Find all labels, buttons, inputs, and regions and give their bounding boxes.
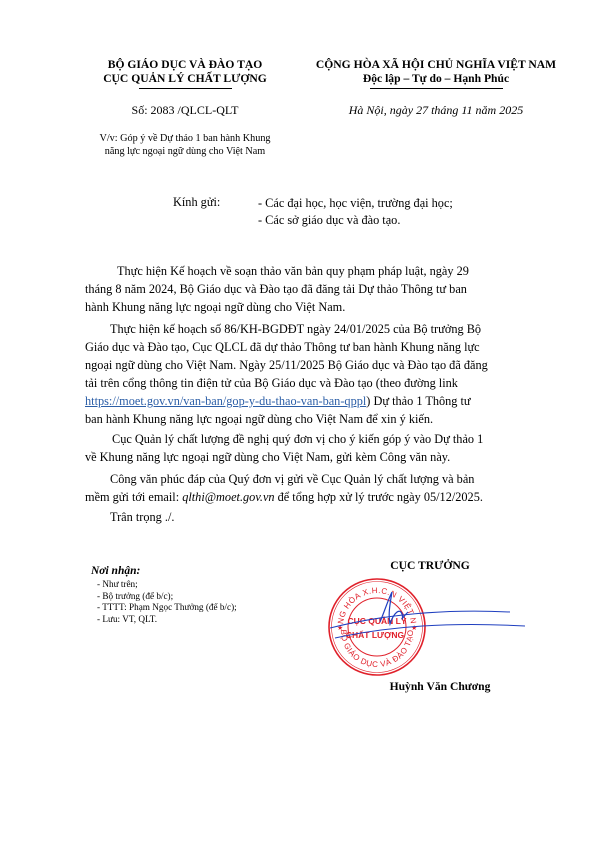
- text-fragment: mềm gửi tới email:: [85, 490, 182, 504]
- text-line: Thực hiện Kế hoạch về soạn thảo văn bản …: [85, 262, 540, 280]
- recipient-item: - Các sở giáo dục và đào tạo.: [258, 212, 453, 229]
- signature-scribble: [330, 590, 530, 650]
- recipients-label: Kính gửi:: [173, 195, 220, 210]
- distribution-item: - Như trên;: [97, 579, 237, 591]
- distribution-list: - Như trên; - Bộ trưởng (để b/c); - TTTT…: [97, 579, 237, 625]
- paragraph-3: Cục Quản lý chất lượng đề nghị quý đơn v…: [85, 430, 540, 466]
- paragraph-1: Thực hiện Kế hoạch về soạn thảo văn bản …: [85, 262, 540, 316]
- text-line: Thực hiện kế hoạch số 86/KH-BGDĐT ngày 2…: [85, 320, 540, 338]
- ministry-name: BỘ GIÁO DỤC VÀ ĐÀO TẠO: [70, 58, 300, 72]
- paragraph-4: Công văn phúc đáp của Quý đơn vị gửi về …: [85, 470, 540, 526]
- place-date: Hà Nội, ngày 27 tháng 11 năm 2025: [290, 103, 582, 118]
- distribution-item: - Lưu: VT, QLT.: [97, 614, 237, 626]
- department-underline: [139, 88, 232, 89]
- text-line: https://moet.gov.vn/van-ban/gop-y-du-tha…: [85, 392, 540, 410]
- recipient-item: - Các đại học, học viện, trường đại học;: [258, 195, 453, 212]
- subject-line: năng lực ngoại ngữ dùng cho Việt Nam: [70, 146, 300, 159]
- document-number: Số: 2083 /QLCL-QLT: [70, 103, 300, 118]
- email-address[interactable]: qlthi@moet.gov.vn: [182, 490, 274, 504]
- motto-underline: [370, 88, 503, 89]
- distribution-title: Nơi nhận:: [91, 565, 140, 577]
- text-line: Công văn phúc đáp của Quý đơn vị gửi về …: [85, 470, 540, 488]
- closing-line: Trân trọng ./.: [85, 508, 540, 526]
- distribution-item: - Bộ trưởng (để b/c);: [97, 591, 237, 603]
- national-motto: Độc lập – Tự do – Hạnh Phúc: [290, 72, 582, 86]
- draft-link[interactable]: https://moet.gov.vn/van-ban/gop-y-du-tha…: [85, 394, 366, 408]
- distribution-item: - TTTT: Phạm Ngọc Thưởng (để b/c);: [97, 602, 237, 614]
- subject: V/v: Góp ý về Dự thảo 1 ban hành Khung n…: [70, 133, 300, 158]
- country-name: CỘNG HÒA XÃ HỘI CHỦ NGHĨA VIỆT NAM: [290, 58, 582, 72]
- text-line: tải trên cổng thông tin điện tử của Bộ G…: [85, 374, 540, 392]
- text-fragment: để tổng hợp xử lý trước ngày 05/12/2025.: [275, 490, 483, 504]
- text-line: tháng 8 năm 2024, Bộ Giáo dục và Đào tạo…: [85, 280, 540, 298]
- paragraph-2: Thực hiện kế hoạch số 86/KH-BGDĐT ngày 2…: [85, 320, 540, 428]
- department-name: CỤC QUẢN LÝ CHẤT LƯỢNG: [70, 72, 300, 86]
- text-line: mềm gửi tới email: qlthi@moet.gov.vn để …: [85, 488, 540, 506]
- text-line: ban hành Khung năng lực ngoại ngữ dùng c…: [85, 410, 540, 428]
- text-fragment: ) Dự thảo 1 Thông tư: [366, 394, 470, 408]
- text-line: về Khung năng lực ngoại ngữ dùng cho Việ…: [85, 448, 540, 466]
- text-line: Giáo dục và Đào tạo, Cục QLCL đã dự thảo…: [85, 338, 540, 356]
- signer-title: CỤC TRƯỞNG: [370, 559, 490, 572]
- text-line: ngoại ngữ dùng cho Việt Nam. Ngày 25/11/…: [85, 356, 540, 374]
- signer-name: Huỳnh Văn Chương: [370, 680, 510, 693]
- subject-line: V/v: Góp ý về Dự thảo 1 ban hành Khung: [70, 133, 300, 146]
- text-line: hành Khung năng lực ngoại ngữ dùng cho V…: [85, 298, 540, 316]
- recipients-list: - Các đại học, học viện, trường đại học;…: [258, 195, 453, 229]
- text-line: Cục Quản lý chất lượng đề nghị quý đơn v…: [85, 430, 540, 448]
